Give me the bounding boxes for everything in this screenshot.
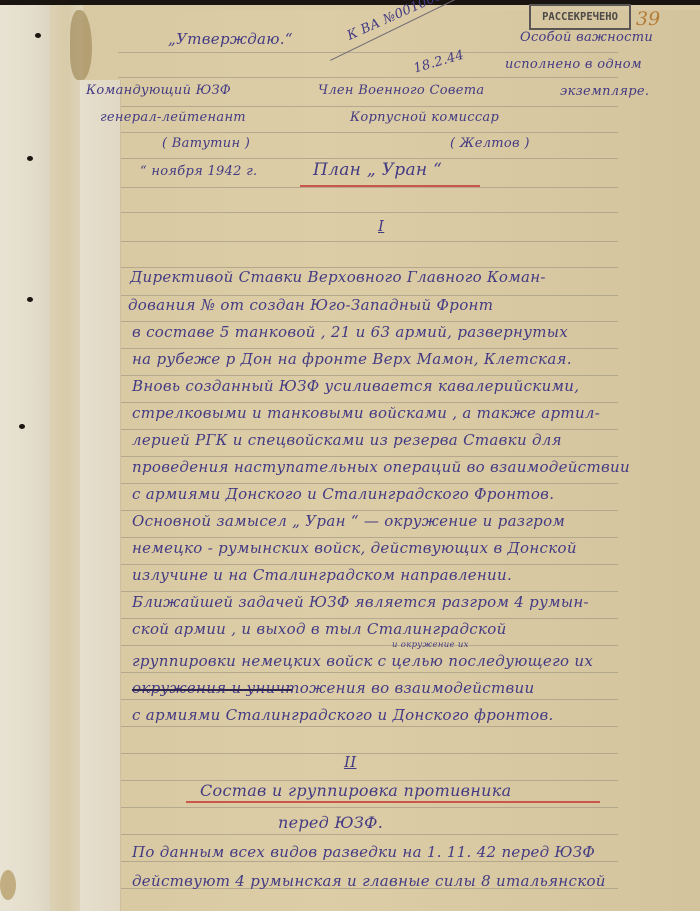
section-2-numeral: II	[344, 753, 356, 771]
page-number: 39	[636, 8, 660, 30]
ruled-line	[118, 726, 618, 727]
council-member-title: Член Военного Совета	[318, 83, 484, 98]
ruled-line	[118, 510, 618, 511]
commander-title: Командующий ЮЗФ	[86, 83, 231, 98]
section-1-line: ской армии , и выход в тыл Сталинградско…	[132, 620, 507, 638]
section-1-line: стрелковыми и танковыми войсками , а так…	[132, 404, 600, 422]
ruled-line	[118, 456, 618, 457]
council-member-role: Корпусной комиссар	[350, 110, 499, 125]
ruled-line	[118, 321, 618, 322]
section-1-line: окружения и уничтожения во взаимодействи…	[132, 679, 534, 697]
classification-line-3: экземпляре.	[560, 84, 649, 99]
section-1-line: лерией РГК и спецвойсками из резерва Ста…	[132, 431, 562, 449]
ruled-line	[118, 672, 618, 673]
ruled-line	[118, 402, 618, 403]
binding-tape	[0, 5, 50, 911]
section-1-line: группировки немецких войск с целью после…	[132, 652, 593, 670]
section-1-line: с армиями Сталинградского и Донского фро…	[132, 706, 554, 724]
approval-heading: „Утверждаю.“	[168, 30, 293, 48]
ruled-line	[118, 212, 618, 213]
section-1-line: Основной замысел „ Уран “ — окружение и …	[132, 512, 565, 530]
ruled-line	[118, 591, 618, 592]
document-title: План „ Уран “	[313, 160, 442, 180]
ruled-line	[118, 564, 618, 565]
ruled-line	[118, 375, 618, 376]
section-1-line: с армиями Донского и Сталинградского Фро…	[132, 485, 554, 503]
section-1-insertion: и окружение их	[392, 640, 469, 650]
commander-name: ( Ватутин )	[162, 136, 250, 151]
punch-hole	[19, 424, 25, 429]
approval-date: “ ноября 1942 г.	[140, 164, 258, 179]
declassified-stamp: РАССЕКРЕЧЕНО	[529, 4, 631, 30]
ruled-line	[118, 106, 618, 107]
section-1-line: дования № от создан Юго-Западный Фронт	[128, 296, 493, 314]
section-1-line: Директивой Ставки Верховного Главного Ко…	[130, 268, 546, 286]
ruled-line	[118, 834, 618, 835]
section-2-heading: Состав и группировка противника	[200, 781, 511, 800]
ruled-line	[118, 187, 618, 188]
strikethrough	[132, 689, 292, 691]
ruled-line	[118, 861, 618, 862]
section-1-line: в составе 5 танковой , 21 и 63 армий, ра…	[132, 323, 568, 341]
section-1-line: Вновь созданный ЮЗФ усиливается кавалери…	[132, 377, 579, 395]
section-2-subheading: перед ЮЗФ.	[278, 813, 383, 832]
ruled-line	[118, 645, 618, 646]
classification-line-1: Особой важности	[520, 30, 653, 45]
section-1-line: Ближайшей задачей ЮЗФ является разгром 4…	[132, 593, 589, 611]
section-1-numeral: I	[378, 217, 384, 235]
title-underline	[300, 185, 480, 187]
punch-hole	[35, 33, 41, 38]
section-1-line: на рубеже р Дон на фронте Верх Мамон, Кл…	[132, 350, 572, 368]
ruled-line	[118, 429, 618, 430]
ruled-line	[118, 77, 618, 78]
commander-rank: генерал-лейтенант	[100, 110, 246, 125]
ruled-line	[118, 753, 618, 754]
tape-stain	[0, 870, 16, 900]
ruled-line	[118, 52, 618, 53]
ruled-line	[118, 483, 618, 484]
punch-hole	[27, 297, 33, 302]
section-1-line: проведения наступательных операций во вз…	[132, 458, 630, 476]
ruled-line	[118, 807, 618, 808]
section-2-line: По данным всех видов разведки на 1. 11. …	[132, 843, 595, 861]
ruled-line	[118, 537, 618, 538]
binding-tape	[80, 80, 121, 911]
punch-hole	[27, 156, 33, 161]
binding-tape	[50, 5, 83, 911]
section-2-line: действуют 4 румынская и главные силы 8 и…	[132, 872, 606, 890]
ruled-line	[118, 132, 618, 133]
ruled-line	[118, 699, 618, 700]
council-member-name: ( Желтов )	[450, 136, 530, 151]
ruled-line	[118, 348, 618, 349]
ruled-line	[118, 241, 618, 242]
section-1-line: излучине и на Сталинградском направлении…	[132, 566, 512, 584]
section-1-line: немецко - румынских войск, действующих в…	[132, 539, 577, 557]
ruled-line	[118, 158, 618, 159]
section-2-heading-underline	[186, 801, 600, 803]
classification-line-2: исполнено в одном	[505, 57, 642, 72]
ruled-line	[118, 618, 618, 619]
